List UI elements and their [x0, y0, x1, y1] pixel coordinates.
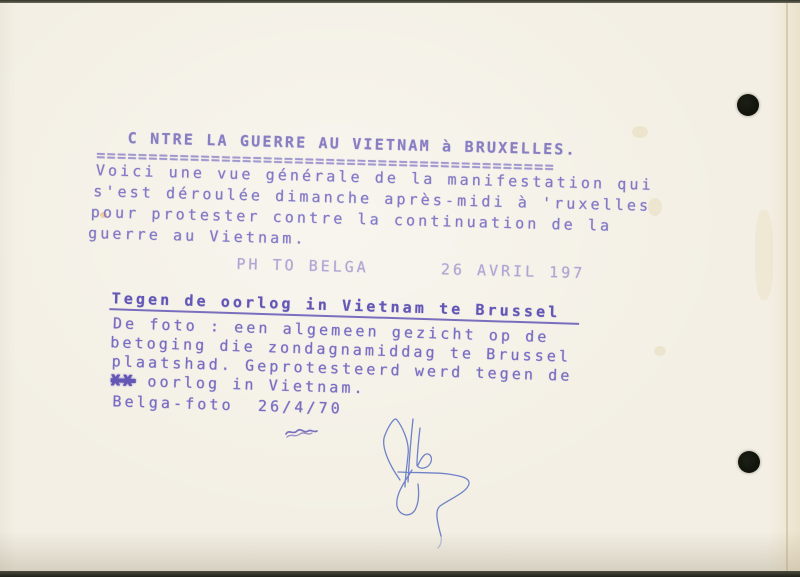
- paper-stain: [632, 126, 648, 138]
- signature-scribble: [370, 408, 480, 550]
- paper-stain: [755, 210, 773, 300]
- punch-hole-dot-bottom: [738, 451, 760, 473]
- french-caption-line: guerre au Vietnam.: [88, 224, 307, 248]
- photo-caption-card: C NTRE LA GUERRE AU VIETNAM à BRUXELLES.…: [0, 0, 800, 577]
- french-agency-date-line: PH TO BELGA 26 AVRIL 197: [236, 255, 585, 282]
- scan-bottom-edge: [0, 571, 800, 577]
- french-caption-block: C NTRE LA GUERRE AU VIETNAM à BRUXELLES.…: [86, 125, 710, 311]
- punch-hole-dot-top: [737, 94, 759, 116]
- dutch-agency-date-line: Belga-foto 26/4/70: [112, 392, 343, 417]
- paper-crease: [786, 0, 788, 577]
- scan-top-edge: [0, 0, 800, 3]
- pen-squiggle-mark: [284, 425, 320, 441]
- typed-over-strikeout: XX: [111, 371, 136, 390]
